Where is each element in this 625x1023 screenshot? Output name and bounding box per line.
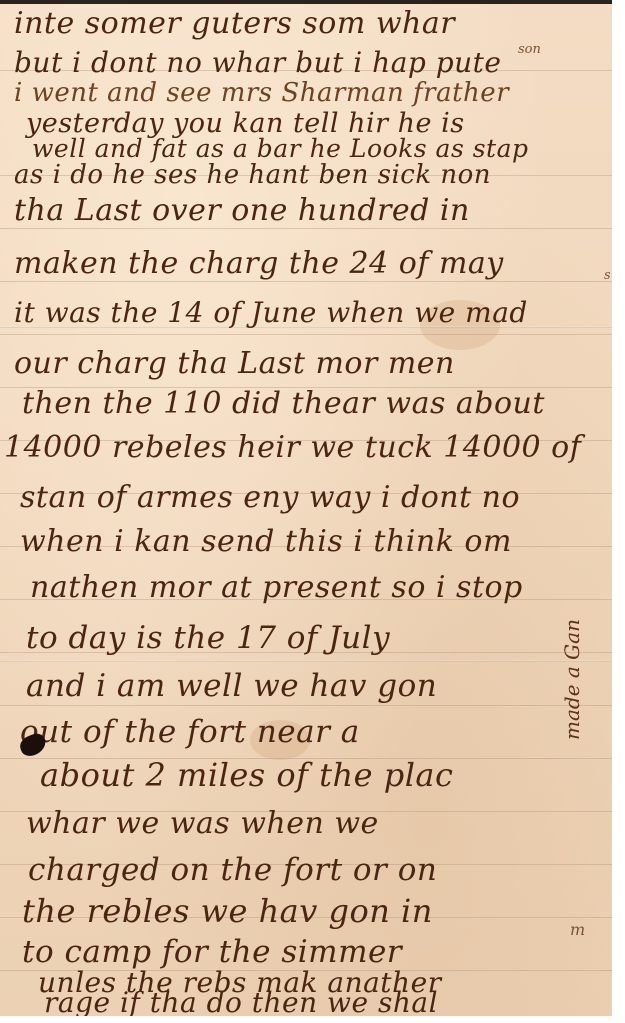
letter-line: whar we was when we (26, 806, 379, 841)
letter-line: stan of armes eny way i dont no (20, 480, 520, 515)
ruled-line (0, 705, 612, 706)
letter-line: to day is the 17 of July (26, 620, 390, 656)
letter-line: inte somer guters som whar (14, 6, 455, 41)
letter-line: to camp for the simmer (22, 934, 402, 970)
letter-line: maken the charg the 24 of may (14, 246, 504, 281)
letter-line: then the 110 did thear was about (22, 386, 545, 421)
ruled-line (0, 334, 612, 335)
letter-line: but i dont no whar but i hap pute (14, 46, 502, 79)
scan-margin-right (612, 0, 625, 1023)
interlinear-insertion: m (570, 920, 585, 939)
interlinear-insertion: son (518, 42, 541, 57)
letter-page: inte somer guters som whar son but i don… (0, 0, 612, 1016)
ruled-line (0, 281, 612, 282)
top-edge-shadow (0, 0, 612, 4)
letter-line: rage if tha do then we shal (44, 986, 438, 1016)
paper-fold (0, 660, 612, 662)
scan-margin-bottom (0, 1016, 625, 1023)
letter-line: well and fat as a bar he Looks as stap (32, 134, 529, 163)
letter-line: tha Last over one hundred in (14, 193, 470, 228)
letter-line: 14000 rebeles heir we tuck 14000 of (4, 430, 581, 465)
letter-line: nathen mor at present so i stop (30, 570, 523, 605)
letter-line: and i am well we hav gon (26, 668, 437, 704)
letter-line: our charg tha Last mor men (14, 346, 455, 381)
letter-line: the rebles we hav gon in (22, 892, 433, 930)
margin-note: made a Gan (560, 619, 584, 740)
letter-line: it was the 14 of June when we mad (14, 296, 528, 329)
letter-line: about 2 miles of the plac (40, 756, 453, 794)
letter-line: when i kan send this i think om (20, 524, 512, 559)
letter-line: i went and see mrs Sharman frather (14, 78, 509, 108)
ruled-line (0, 228, 612, 229)
letter-line: as i do he ses he hant ben sick non (14, 160, 491, 190)
letter-line: out of the fort near a (20, 714, 360, 750)
letter-line: charged on the fort or on (28, 852, 437, 888)
interlinear-insertion: s (604, 268, 611, 283)
